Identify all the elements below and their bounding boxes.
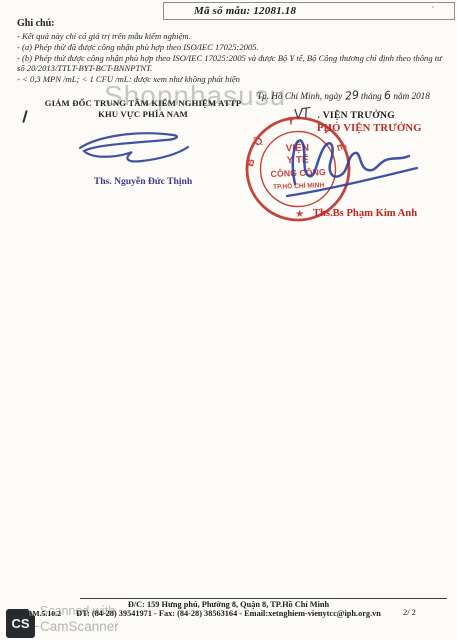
date-line: Tp. Hồ Chí Minh, ngày 29 tháng 6 năm 201… (257, 91, 430, 101)
right-signer-name: Ths.Bs Phạm Kim Anh (299, 208, 431, 219)
right-signature-handwriting (281, 126, 429, 208)
signature-stroke (293, 140, 409, 184)
note-item: - Kết quả này chỉ có giá trị trên mẫu ki… (17, 32, 445, 42)
left-signatory-title: GIÁM ĐỐC TRUNG TÂM KIỂM NGHIỆM ATTP KHU … (28, 98, 258, 119)
camscanner-watermark-line2: CamScanner (40, 619, 119, 634)
footer-contact: ĐT: (84-28) 39541971 - Fax: (84-28) 3856… (0, 609, 457, 618)
signature-stroke (80, 133, 188, 161)
director-title-row: VT . VIỆN TRƯỞNG (294, 105, 395, 123)
page-number: 2/ 2 (403, 608, 416, 617)
left-title-line1: GIÁM ĐỐC TRUNG TÂM KIỂM NGHIỆM ATTP (28, 98, 258, 109)
scanned-document-page: Mã số mẫu: 12081.18 ’ Ghi chú: - Kết quả… (0, 0, 457, 640)
date-middle: tháng (361, 91, 382, 101)
footer-divider (80, 598, 447, 599)
director-title: . VIỆN TRƯỞNG (317, 110, 395, 121)
left-signature-handwriting (76, 126, 194, 170)
left-signer-name: Ths. Nguyễn Đức Thịnh (28, 176, 258, 187)
note-item: - (a) Phép thử đã được công nhận phù hợp… (17, 43, 445, 53)
camscanner-logo-text: CS (11, 616, 29, 631)
handwritten-month: 6 (384, 91, 392, 101)
date-prefix: Tp. Hồ Chí Minh, ngày (257, 91, 342, 101)
notes-heading: Ghi chú: (17, 18, 445, 29)
ink-tick-mark (22, 110, 28, 123)
left-title-line2: KHU VỰC PHÍA NAM (28, 109, 258, 120)
footer-address: Đ/C: 159 Hưng phú, Phường 8, Quận 8, TP.… (0, 600, 457, 609)
handwritten-initials: VT (293, 105, 311, 123)
handwritten-day: 29 (344, 90, 359, 100)
date-suffix: năm 2018 (393, 91, 430, 101)
note-item: - (b) Phép thử được công nhận phù hợp th… (17, 54, 445, 73)
notes-section: Ghi chú: - Kết quả này chỉ có giá trị tr… (17, 18, 445, 86)
sample-code-label: Mã số mẫu: 12081.18 (164, 5, 296, 17)
